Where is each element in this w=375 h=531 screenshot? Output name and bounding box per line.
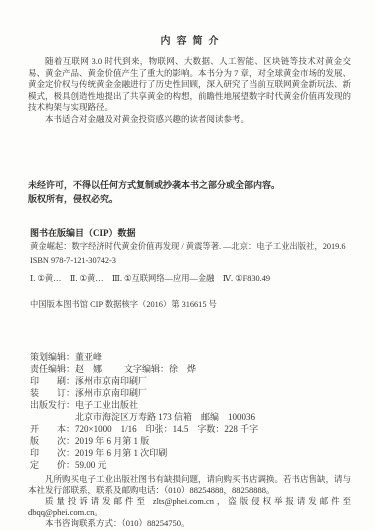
colophon-row: 版 次：2019 年 6 月第 1 版	[30, 435, 351, 447]
colophon-pair: 装 订：涿州市京南印刷厂	[30, 387, 147, 399]
colophon-colon: ：	[66, 363, 75, 375]
colophon-row: 印 刷：涿州市京南印刷厂	[30, 375, 351, 387]
colophon-value: 720×1000 1/16 印张：14.5 字数：228 千字	[75, 423, 258, 435]
copyright-warning-block: 未经许可，不得以任何方式复制或抄袭本书之部分或全部内容。 版权所有，侵权必究。	[28, 179, 351, 206]
colophon-label: 策划编辑	[30, 351, 66, 363]
colophon-row: 北京市海淀区万寿路 173 信箱 邮编 100036	[30, 411, 351, 423]
colophon-colon: ：	[66, 423, 75, 435]
content-summary-section: 内容简介 随着互联网 3.0 时代到来，物联网、大数据、人工智能、区块链等技术对…	[28, 32, 351, 125]
colophon-pair: 印 刷：涿州市京南印刷厂	[30, 375, 147, 387]
colophon-value: 涿州市京南印刷厂	[75, 387, 147, 399]
colophon-colon: ：	[66, 375, 75, 387]
colophon-pair-secondary: 文字编辑：徐 烨	[124, 363, 196, 375]
purchase-notice-paragraph: 凡所购买电子工业出版社图书有缺损问题，请向购买书店调换。若书店售缺，请与本社发行…	[28, 474, 351, 496]
colophon-value: 涿州市京南印刷厂	[75, 375, 147, 387]
summary-title: 内容简介	[28, 32, 351, 47]
colophon-label: 出版发行	[30, 399, 66, 411]
purchase-notice-section: 凡所购买电子工业出版社图书有缺损问题，请向购买书店调换。若书店售缺，请与本社发行…	[28, 474, 351, 529]
consultation-contact-paragraph: 本书咨询联系方式：（010）88254750。	[28, 518, 351, 529]
colophon-value: 2019 年 6 月第 1 次印刷	[75, 447, 167, 459]
colophon-pair: 北京市海淀区万寿路 173 信箱 邮编 100036	[30, 411, 255, 423]
copyright-warning-line-1: 未经许可，不得以任何方式复制或抄袭本书之部分或全部内容。	[28, 179, 351, 193]
colophon-value: 电子工业出版社	[75, 399, 138, 411]
cip-record-number: 中国版本图书馆 CIP 数据核字（2016）第 316615 号	[30, 299, 351, 311]
colophon-value: 北京市海淀区万寿路 173 信箱 邮编 100036	[75, 411, 255, 423]
summary-paragraph-2: 本书适合对金融及对黄金投资感兴趣的读者阅读参考。	[28, 114, 351, 126]
cip-catalog-entry: 黄金崛起：数字经济时代黄金价值再发现 / 黄震等著. —北京：电子工业出版社，2…	[30, 241, 351, 253]
colophon-colon: ：	[66, 387, 75, 399]
cip-isbn: ISBN 978-7-121-30742-3	[30, 255, 351, 267]
book-copyright-page: 内容简介 随着互联网 3.0 时代到来，物联网、大数据、人工智能、区块链等技术对…	[0, 0, 375, 531]
colophon-value: 董亚峰	[75, 351, 102, 363]
colophon-table: 策划编辑：董亚峰责任编辑：赵 娜文字编辑：徐 烨印 刷：涿州市京南印刷厂装 订：…	[30, 351, 351, 471]
colophon-pair: 出版发行：电子工业出版社	[30, 399, 138, 411]
colophon-pair: 印 次：2019 年 6 月第 1 次印刷	[30, 447, 167, 459]
colophon-pair: 策划编辑：董亚峰	[30, 351, 102, 363]
cip-data-block: 图书在版编目（CIP）数据 黄金崛起：数字经济时代黄金价值再发现 / 黄震等著.…	[28, 227, 351, 311]
colophon-colon: ：	[66, 351, 75, 363]
colophon-colon: ：	[66, 447, 75, 459]
summary-paragraph-1: 随着互联网 3.0 时代到来，物联网、大数据、人工智能、区块链等技术对黄金交易、…	[28, 56, 351, 114]
quality-complaint-paragraph: 质量投诉请发邮件至 zlts@phei.com.cn，盗版侵权举报请发邮件至 d…	[28, 496, 351, 518]
colophon-colon: ：	[66, 459, 75, 471]
colophon-value: 59.00 元	[75, 459, 107, 471]
colophon-colon: ：	[160, 363, 169, 375]
colophon-row: 定 价：59.00 元	[30, 459, 351, 471]
colophon-colon: ：	[66, 435, 75, 447]
colophon-row: 责任编辑：赵 娜文字编辑：徐 烨	[30, 363, 351, 375]
colophon-row: 策划编辑：董亚峰	[30, 351, 351, 363]
colophon-label: 定 价	[30, 459, 66, 471]
colophon-row: 出版发行：电子工业出版社	[30, 399, 351, 411]
copyright-warning-line-2: 版权所有，侵权必究。	[28, 193, 351, 207]
colophon-label: 版 次	[30, 435, 66, 447]
colophon-label: 开 本	[30, 423, 66, 435]
colophon-label: 文字编辑	[124, 363, 160, 375]
colophon-label: 责任编辑	[30, 363, 66, 375]
colophon-value: 赵 娜	[75, 363, 102, 375]
colophon-value: 2019 年 6 月第 1 版	[75, 435, 149, 447]
colophon-row: 装 订：涿州市京南印刷厂	[30, 387, 351, 399]
colophon-indent-spacer	[30, 411, 75, 423]
colophon-pair: 开 本：720×1000 1/16 印张：14.5 字数：228 千字	[30, 423, 258, 435]
colophon-colon: ：	[66, 399, 75, 411]
colophon-label: 印 次	[30, 447, 66, 459]
colophon-row: 印 次：2019 年 6 月第 1 次印刷	[30, 447, 351, 459]
colophon-label: 装 订	[30, 387, 66, 399]
cip-heading: 图书在版编目（CIP）数据	[30, 227, 351, 239]
colophon-pair: 责任编辑：赵 娜	[30, 363, 102, 375]
colophon-pair: 版 次：2019 年 6 月第 1 版	[30, 435, 149, 447]
cip-classification: Ⅰ. ①黄… Ⅱ. ①黄… Ⅲ. ①互联网络—应用—金融 Ⅳ. ①F830.49	[30, 273, 351, 285]
colophon-pair: 定 价：59.00 元	[30, 459, 107, 471]
colophon-value: 徐 烨	[169, 363, 196, 375]
colophon-label: 印 刷	[30, 375, 66, 387]
colophon-row: 开 本：720×1000 1/16 印张：14.5 字数：228 千字	[30, 423, 351, 435]
